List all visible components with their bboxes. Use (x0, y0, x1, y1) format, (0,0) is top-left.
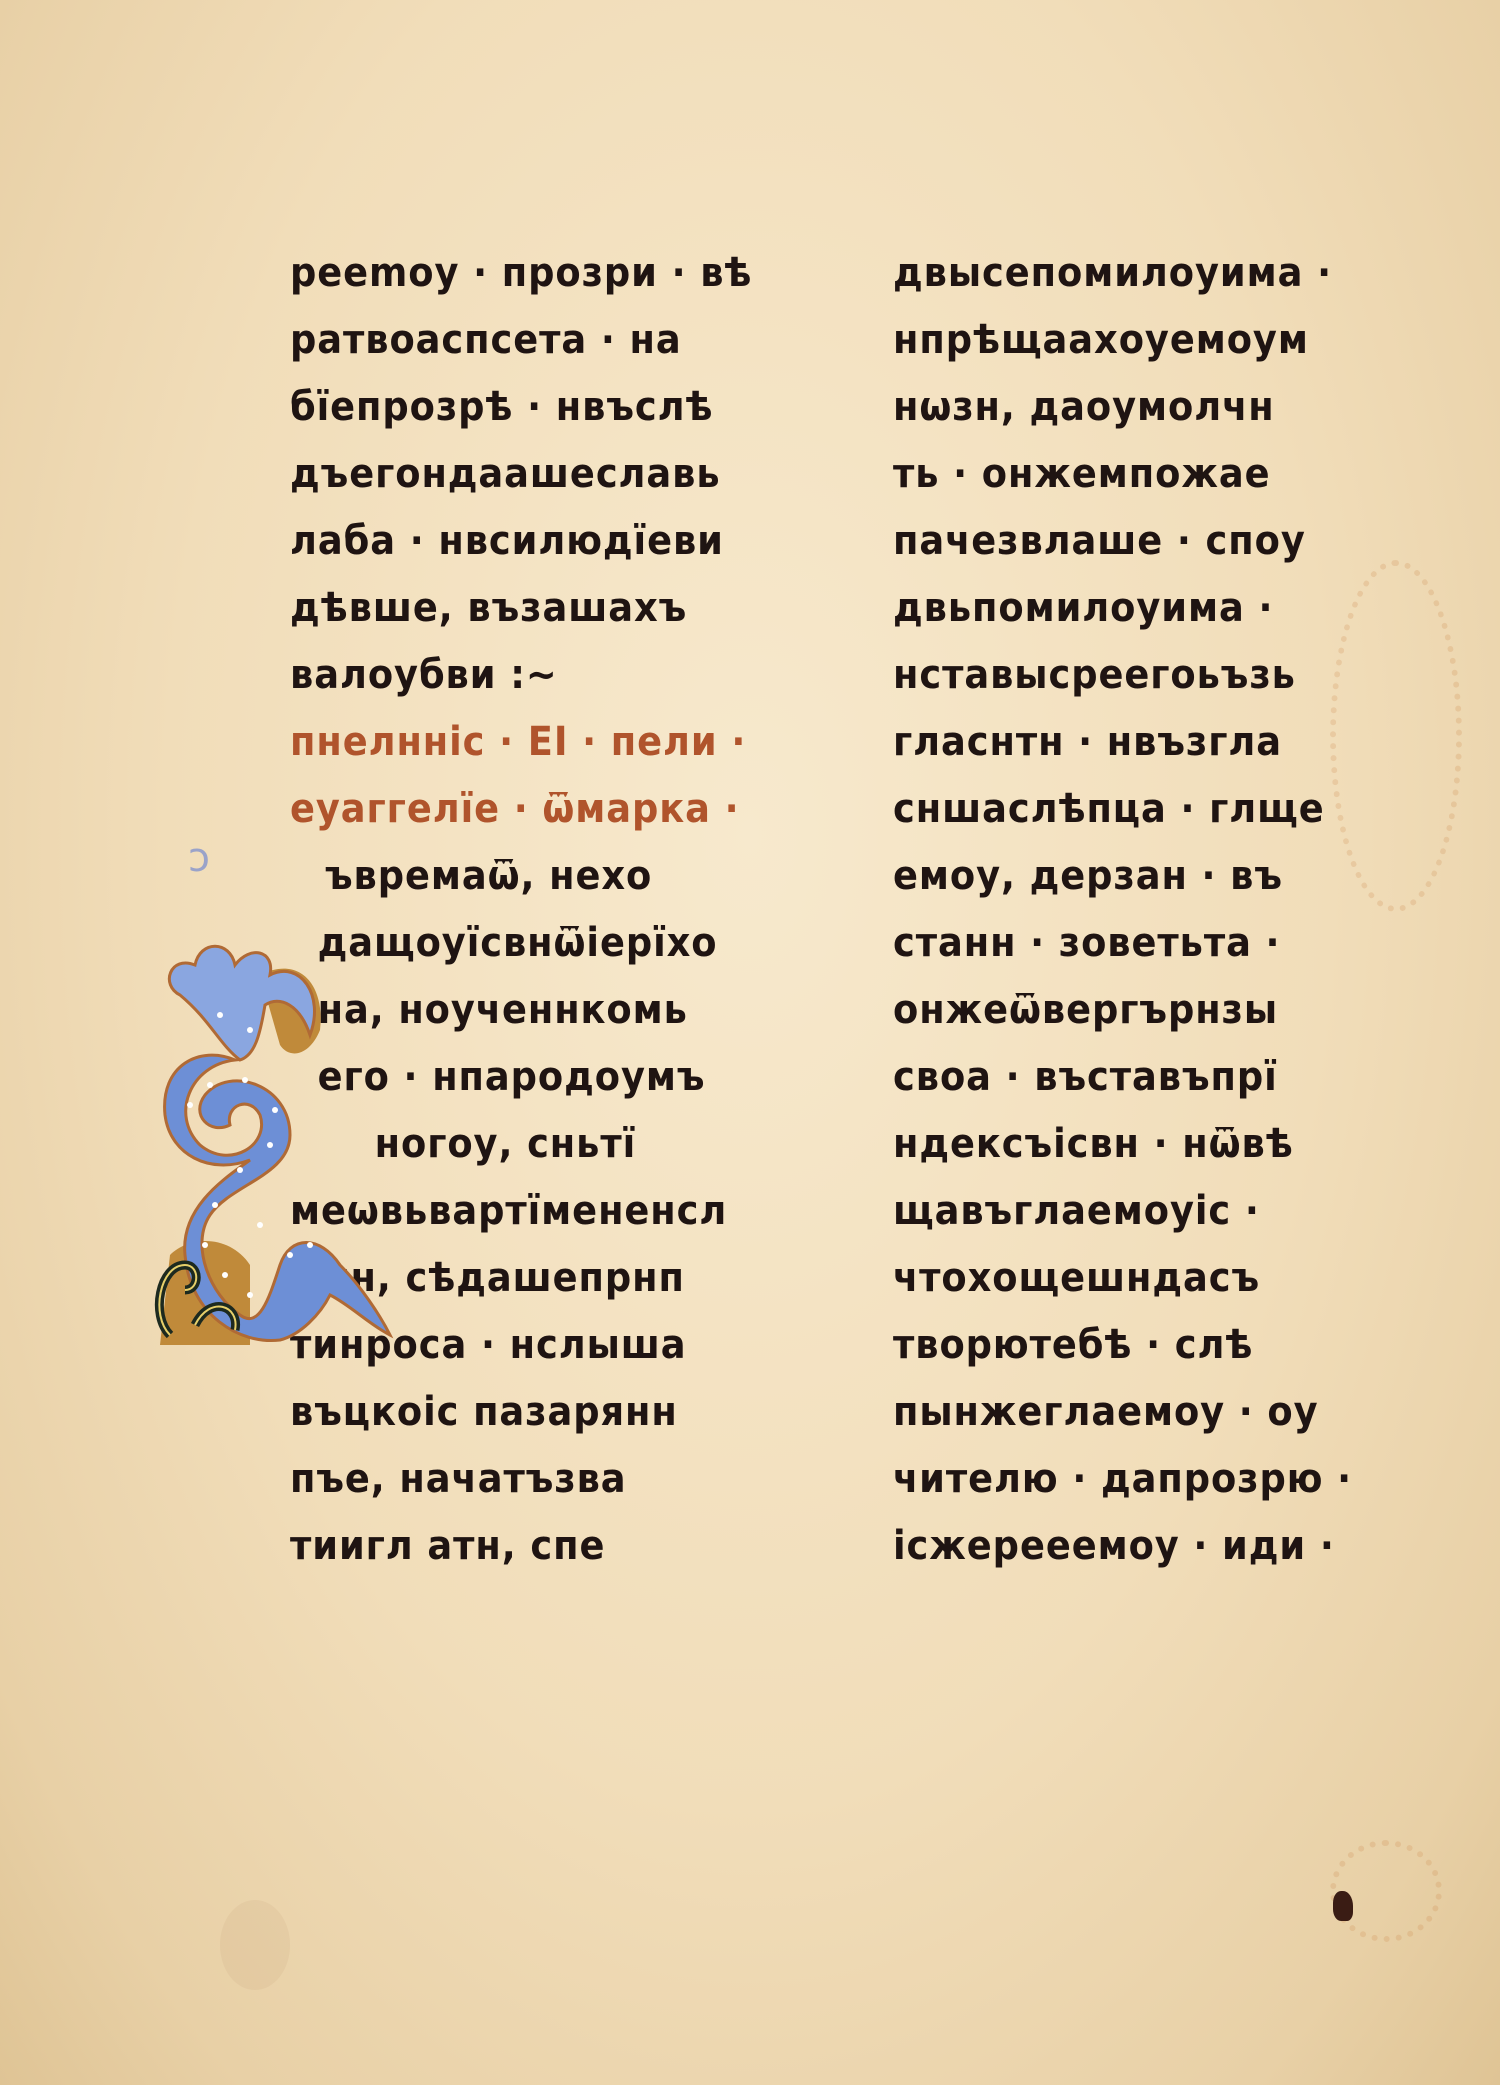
stain-left-bottom (220, 1900, 290, 1990)
text-line: гласнтн · нвъзгла (893, 709, 1390, 776)
text-line: щавъглаемоуіс · (893, 1178, 1390, 1245)
left-column: рееmоу · прозри · вѣ ратвоаспсета · на б… (290, 240, 830, 1580)
text-line: ть · онжемпожае (893, 441, 1390, 508)
manuscript-page: ↄ рееmоу · прозри · вѣ ратвоаспсета · на… (0, 0, 1500, 2085)
text-line: рееmоу · прозри · вѣ (290, 240, 787, 307)
text-line: пынжеглаемоу · оу (893, 1379, 1390, 1446)
text-line: ндексъісвн · нѿвѣ (893, 1111, 1390, 1178)
text-line: ісжерееемоу · иди · (893, 1513, 1390, 1580)
text-line: станн · зоветьта · (893, 910, 1390, 977)
text-line: лаба · нвсилюдїеви (290, 508, 787, 575)
text-line: емоу, дерзан · въ (893, 843, 1390, 910)
text-line: нѡзн, даоумолчн (893, 374, 1390, 441)
text-line: въцкоіс пазарянн (290, 1379, 787, 1446)
ink-blot (1333, 1891, 1353, 1921)
margin-mark: ↄ (188, 835, 210, 881)
text-line: пачезвлаше · споу (893, 508, 1390, 575)
text-line: творютебѣ · слѣ (893, 1312, 1390, 1379)
text-line: своа · въставъпрї (893, 1044, 1390, 1111)
illuminated-initial-dragon-icon (150, 935, 400, 1355)
text-line: нпрѣщаахоуемоум (893, 307, 1390, 374)
text-line: сншаслѣпца · глще (893, 776, 1390, 843)
text-line: чителю · дапрозрю · (893, 1446, 1390, 1513)
rubric-line: еуаггелїе · ѿмарка · (290, 776, 787, 843)
text-line: валоубви :~ (290, 642, 787, 709)
text-line: тиигл атн, спе (290, 1513, 787, 1580)
text-line: дѣвше, възашахъ (290, 575, 787, 642)
text-line: двьпомилоуима · (893, 575, 1390, 642)
stain-lower-right (1330, 1840, 1442, 1942)
text-line: пъе, начатъзва (290, 1446, 787, 1513)
text-line: двысепомилоуима · (893, 240, 1390, 307)
text-line: ъвремаѿ, нехо (290, 843, 787, 910)
text-line: онжеѿвергърнзы (893, 977, 1390, 1044)
text-line: дъегондaашеславь (290, 441, 787, 508)
text-line: чтохощешндасъ (893, 1245, 1390, 1312)
text-line: бїепрозрѣ · нвъслѣ (290, 374, 787, 441)
text-line: ратвоаспсета · на (290, 307, 787, 374)
text-line: нставысреегоьъзь (893, 642, 1390, 709)
rubric-line: пнелнніс · ЕІ · пели · (290, 709, 787, 776)
right-column: двысепомилоуима · нпрѣщаахоуемоум нѡзн, … (893, 240, 1433, 1580)
